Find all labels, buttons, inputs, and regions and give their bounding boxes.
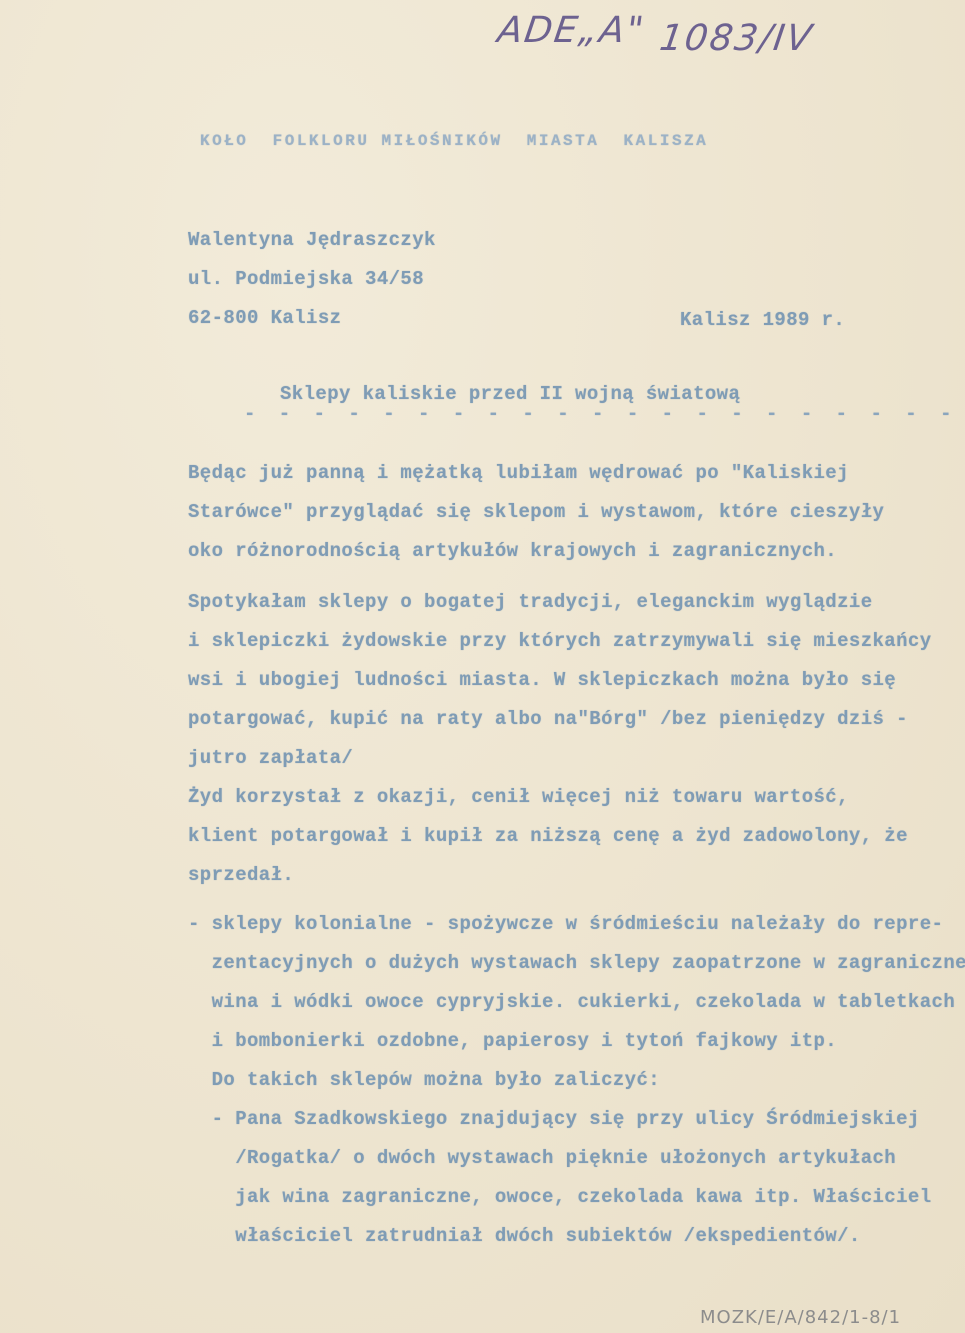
- sub-list-item: - Pana Szadkowskiego znajdujący się przy…: [188, 1108, 920, 1130]
- sender-city: 62-800 Kalisz: [188, 307, 341, 329]
- organization-header: KOŁO FOLKLORU MIŁOŚNIKÓW MIASTA KALISZA: [200, 132, 708, 150]
- list-item: - sklepy kolonialne - spożywcze w śródmi…: [188, 913, 943, 935]
- body-line: potargować, kupić na raty albo na"Bórg" …: [188, 708, 908, 730]
- sub-list-item-continued: właściciel zatrudniał dwóch subiektów /e…: [188, 1225, 861, 1247]
- handwritten-archive-number: 1083/IV: [657, 18, 816, 59]
- sub-list-item-continued: /Rogatka/ o dwóch wystawach pięknie ułoż…: [188, 1147, 896, 1169]
- body-line: oko różnorodnością artykułów krajowych i…: [188, 540, 837, 562]
- handwritten-archive-mark: ADE„A": [495, 10, 648, 51]
- sender-street: ul. Podmiejska 34/58: [188, 268, 424, 290]
- archive-signature: MOZK/E/A/842/1-8/1: [700, 1307, 901, 1328]
- date-line: Kalisz 1989 r.: [680, 309, 845, 331]
- list-item-continued: wina i wódki owoce cypryjskie. cukierki,…: [188, 991, 955, 1013]
- document-title: Sklepy kaliskie przed II wojną światową: [280, 383, 740, 405]
- list-item-continued: zentacyjnych o dużych wystawach sklepy z…: [188, 952, 965, 974]
- body-line: Starówce" przyglądać się sklepom i wysta…: [188, 501, 884, 523]
- body-line: jutro zapłata/: [188, 747, 353, 769]
- list-item-continued: Do takich sklepów można było zaliczyć:: [188, 1069, 660, 1091]
- sub-list-item-continued: jak wina zagraniczne, owoce, czekolada k…: [188, 1186, 932, 1208]
- body-line: sprzedał.: [188, 864, 294, 886]
- body-line: wsi i ubogiej ludności miasta. W sklepic…: [188, 669, 896, 691]
- body-line: Będąc już panną i mężatką lubiłam wędrow…: [188, 462, 849, 484]
- sender-name: Walentyna Jędraszczyk: [188, 229, 436, 251]
- title-underline: - - - - - - - - - - - - - - - - - - - - …: [244, 403, 965, 425]
- list-item-continued: i bombonierki ozdobne, papierosy i tytoń…: [188, 1030, 837, 1052]
- body-line: Żyd korzystał z okazji, cenił więcej niż…: [188, 786, 849, 808]
- body-line: klient potargował i kupił za niższą cenę…: [188, 825, 908, 847]
- body-line: Spotykałam sklepy o bogatej tradycji, el…: [188, 591, 873, 613]
- body-line: i sklepiczki żydowskie przy których zatr…: [188, 630, 932, 652]
